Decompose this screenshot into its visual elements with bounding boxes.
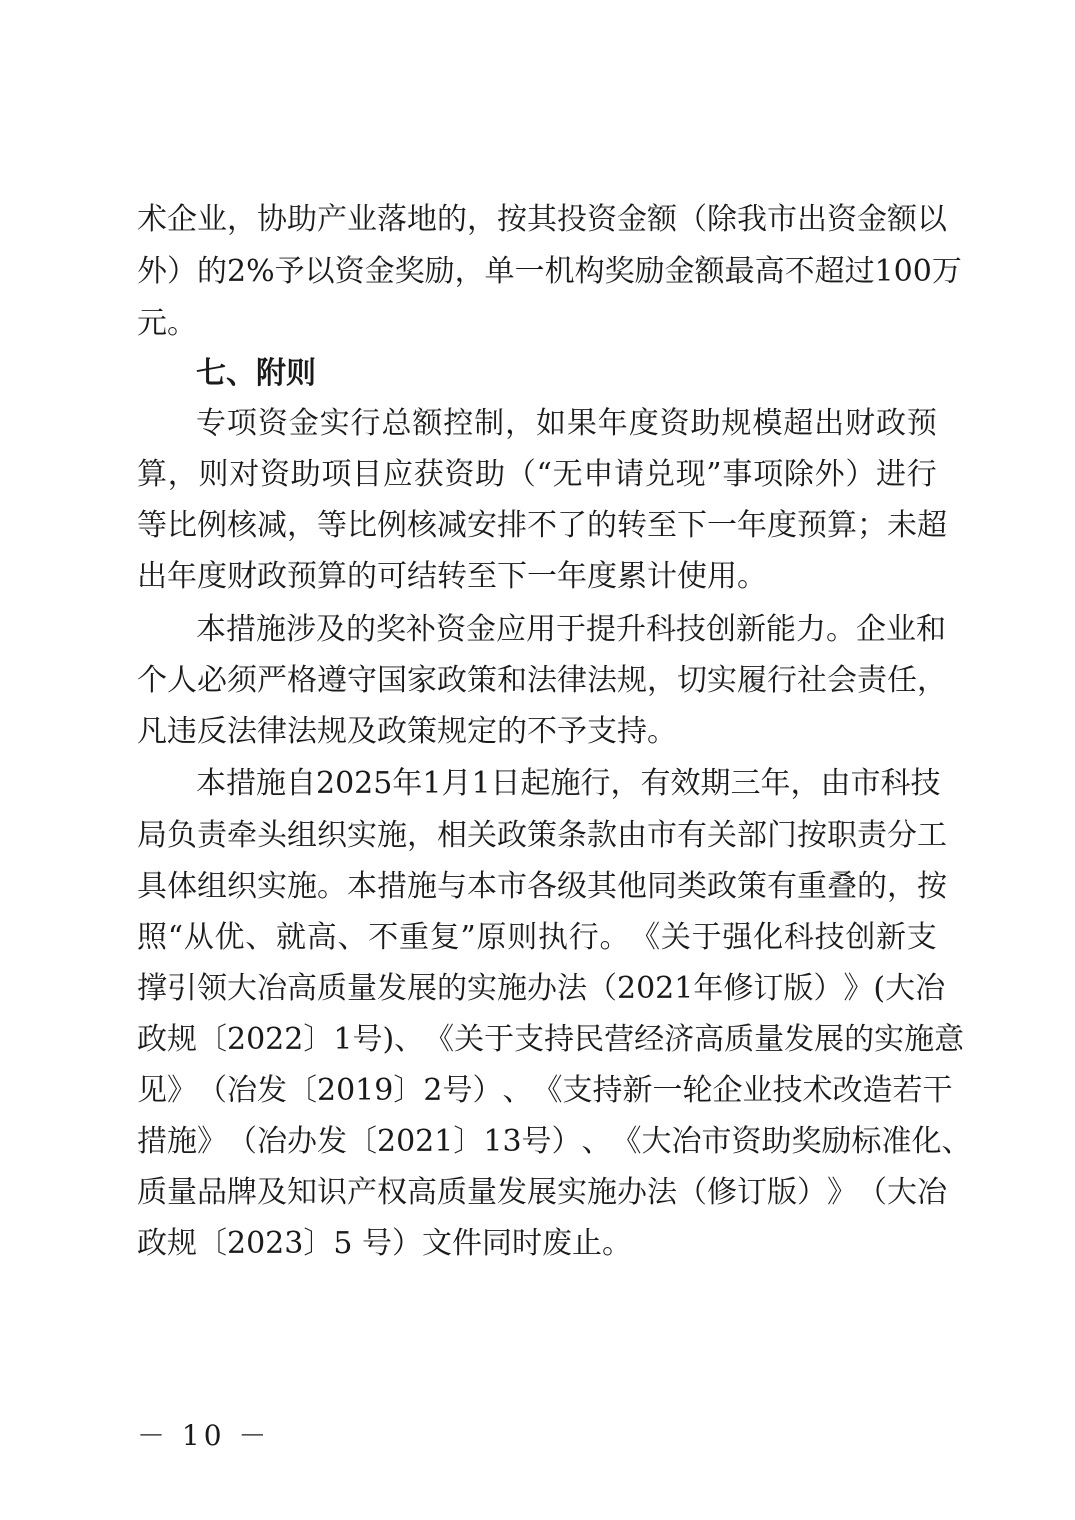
paragraph-line: 质量品牌及知识产权高质量发展实施办法（修订版）》（大冶	[137, 1167, 937, 1219]
paragraph-line: 等比例核减，等比例核减安排不了的转至下一年度预算；未超	[137, 500, 937, 552]
section-heading: 七、附则	[196, 348, 937, 400]
paragraph-line: 措施》（冶办发〔2021〕13号）、《大冶市资助奖励标准化、	[137, 1116, 937, 1168]
paragraph-line: 个人必须严格遵守国家政策和法律法规，切实履行社会责任，	[137, 655, 937, 707]
paragraph-line: 外）的2%予以资金奖励，单一机构奖励金额最高不超过100万	[137, 246, 937, 298]
paragraph-line: 算，则对资助项目应获资助（“无申请兑现”事项除外）进行	[137, 449, 937, 501]
paragraph-line: 照“从优、就高、不重复”原则执行。《关于强化科技创新支	[137, 912, 937, 964]
document-page: 术企业，协助产业落地的，按其投资金额（除我市出资金额以 外）的2%予以资金奖励，…	[0, 0, 1075, 1520]
paragraph-line: 撑引领大冶高质量发展的实施办法（2021年修订版）》(大冶	[137, 963, 937, 1015]
paragraph-line: 凡违反法律法规及政策规定的不予支持。	[137, 706, 937, 758]
paragraph-line: 专项资金实行总额控制，如果年度资助规模超出财政预	[196, 398, 937, 450]
paragraph-line: 出年度财政预算的可结转至下一年度累计使用。	[137, 551, 937, 603]
paragraph-line: 具体组织实施。本措施与本市各级其他同类政策有重叠的，按	[137, 861, 937, 913]
paragraph-line: 元。	[137, 298, 937, 350]
page-number: － 10 －	[137, 1416, 270, 1456]
paragraph-line: 局负责牵头组织实施，相关政策条款由市有关部门按职责分工	[137, 810, 937, 862]
paragraph-line: 政规〔2022〕1号)、《关于支持民营经济高质量发展的实施意	[137, 1014, 937, 1066]
paragraph-line: 政规〔2023〕5 号）文件同时废止。	[137, 1218, 937, 1270]
paragraph-line: 本措施自2025年1月1日起施行，有效期三年，由市科技	[196, 758, 937, 810]
paragraph-line: 见》（冶发〔2019〕2号）、《支持新一轮企业技术改造若干	[137, 1065, 937, 1117]
paragraph-line: 术企业，协助产业落地的，按其投资金额（除我市出资金额以	[137, 194, 937, 246]
paragraph-line: 本措施涉及的奖补资金应用于提升科技创新能力。企业和	[196, 604, 937, 656]
